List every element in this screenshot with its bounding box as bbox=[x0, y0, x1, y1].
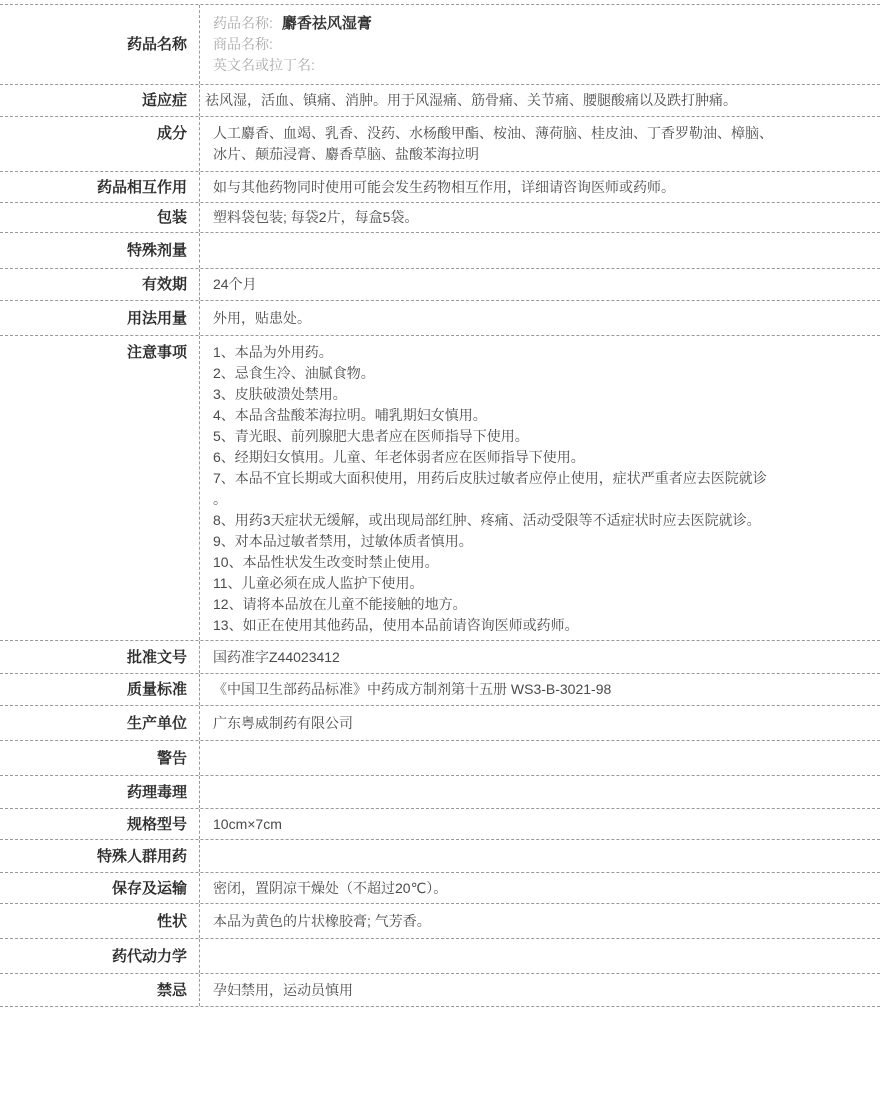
row-content: 外用，贴患处。 bbox=[200, 301, 880, 335]
row-drug-name: 药品名称 药品名称:麝香祛风湿膏 商品名称: 英文名或拉丁名: bbox=[0, 5, 880, 85]
row-content: 药品名称:麝香祛风湿膏 商品名称: 英文名或拉丁名: bbox=[200, 5, 880, 84]
trade-name-line: 商品名称: bbox=[213, 34, 372, 55]
row-label: 药理毒理 bbox=[0, 776, 200, 808]
row-content: 孕妇禁用，运动员慎用 bbox=[200, 974, 880, 1006]
row-validity-period: 有效期 24个月 bbox=[0, 269, 880, 301]
row-label: 生产单位 bbox=[0, 706, 200, 740]
row-content bbox=[200, 939, 880, 973]
row-special-populations: 特殊人群用药 bbox=[0, 840, 880, 873]
row-properties: 性状 本品为黄色的片状橡胶膏; 气芳香。 bbox=[0, 904, 880, 939]
row-precautions: 注意事项 1、本品为外用药。 2、忌食生冷、油腻食物。 3、皮肤破溃处禁用。 4… bbox=[0, 336, 880, 641]
row-storage-transport: 保存及运输 密闭，置阴凉干燥处（不超过20℃）。 bbox=[0, 873, 880, 904]
row-indications: 适应症 祛风湿，活血、镇痛、消肿。用于风湿痛、筋骨痛、关节痛、腰腿酸痛以及跌打肿… bbox=[0, 85, 880, 117]
row-content: 《中国卫生部药品标准》中药成方制剂第十五册 WS3-B-3021-98 bbox=[200, 674, 880, 705]
row-label: 禁忌 bbox=[0, 974, 200, 1006]
row-label: 批准文号 bbox=[0, 641, 200, 673]
row-label: 药代动力学 bbox=[0, 939, 200, 973]
row-content: 人工麝香、血竭、乳香、没药、水杨酸甲酯、桉油、薄荷脑、桂皮油、丁香罗勒油、樟脑、… bbox=[200, 117, 880, 171]
row-label: 用法用量 bbox=[0, 301, 200, 335]
row-interactions: 药品相互作用 如与其他药物同时使用可能会发生药物相互作用，详细请咨询医师或药师。 bbox=[0, 172, 880, 203]
row-content: 如与其他药物同时使用可能会发生药物相互作用，详细请咨询医师或药师。 bbox=[200, 172, 880, 202]
row-manufacturer: 生产单位 广东粤威制药有限公司 bbox=[0, 706, 880, 741]
row-warning: 警告 bbox=[0, 741, 880, 776]
row-label: 适应症 bbox=[0, 85, 200, 116]
trade-name-key: 商品名称: bbox=[213, 36, 273, 52]
row-special-dosage: 特殊剂量 bbox=[0, 233, 880, 269]
row-dosage-usage: 用法用量 外用，贴患处。 bbox=[0, 301, 880, 336]
row-content: 24个月 bbox=[200, 269, 880, 300]
row-packaging: 包装 塑料袋包装; 每袋2片，每盒5袋。 bbox=[0, 203, 880, 233]
row-content: 1、本品为外用药。 2、忌食生冷、油腻食物。 3、皮肤破溃处禁用。 4、本品含盐… bbox=[200, 336, 880, 640]
row-label: 药品名称 bbox=[0, 5, 200, 84]
row-label: 保存及运输 bbox=[0, 873, 200, 903]
row-ingredients: 成分 人工麝香、血竭、乳香、没药、水杨酸甲酯、桉油、薄荷脑、桂皮油、丁香罗勒油、… bbox=[0, 117, 880, 172]
row-label: 成分 bbox=[0, 117, 200, 171]
drug-name-line: 药品名称:麝香祛风湿膏 bbox=[213, 13, 372, 34]
row-specification: 规格型号 10cm×7cm bbox=[0, 809, 880, 840]
row-quality-standard: 质量标准 《中国卫生部药品标准》中药成方制剂第十五册 WS3-B-3021-98 bbox=[0, 674, 880, 706]
drug-name-value: 麝香祛风湿膏 bbox=[282, 15, 372, 32]
row-content: 密闭，置阴凉干燥处（不超过20℃）。 bbox=[200, 873, 880, 903]
drug-name-key: 药品名称: bbox=[213, 15, 273, 31]
drug-info-table: 药品名称 药品名称:麝香祛风湿膏 商品名称: 英文名或拉丁名: 适应症 祛风湿，… bbox=[0, 4, 880, 1007]
row-content: 国药准字Z44023412 bbox=[200, 641, 880, 673]
row-content bbox=[200, 776, 880, 808]
row-label: 规格型号 bbox=[0, 809, 200, 839]
row-label: 有效期 bbox=[0, 269, 200, 300]
row-label: 包装 bbox=[0, 203, 200, 232]
english-name-line: 英文名或拉丁名: bbox=[213, 55, 372, 76]
row-content: 10cm×7cm bbox=[200, 809, 880, 839]
row-label: 质量标准 bbox=[0, 674, 200, 705]
row-label: 药品相互作用 bbox=[0, 172, 200, 202]
row-content: 塑料袋包装; 每袋2片，每盒5袋。 bbox=[200, 203, 880, 232]
row-pharmacology-toxicology: 药理毒理 bbox=[0, 776, 880, 809]
row-content bbox=[200, 840, 880, 872]
row-content bbox=[200, 741, 880, 775]
drug-name-fields: 药品名称:麝香祛风湿膏 商品名称: 英文名或拉丁名: bbox=[213, 13, 372, 76]
row-label: 特殊剂量 bbox=[0, 233, 200, 268]
row-approval-number: 批准文号 国药准字Z44023412 bbox=[0, 641, 880, 674]
row-content: 祛风湿，活血、镇痛、消肿。用于风湿痛、筋骨痛、关节痛、腰腿酸痛以及跌打肿痛。 bbox=[200, 85, 880, 116]
row-content bbox=[200, 233, 880, 268]
row-pharmacokinetics: 药代动力学 bbox=[0, 939, 880, 974]
row-content: 广东粤威制药有限公司 bbox=[200, 706, 880, 740]
row-contraindications: 禁忌 孕妇禁用，运动员慎用 bbox=[0, 974, 880, 1007]
row-label: 警告 bbox=[0, 741, 200, 775]
row-label: 性状 bbox=[0, 904, 200, 938]
row-label: 特殊人群用药 bbox=[0, 840, 200, 872]
row-content: 本品为黄色的片状橡胶膏; 气芳香。 bbox=[200, 904, 880, 938]
english-name-key: 英文名或拉丁名: bbox=[213, 57, 315, 73]
row-label: 注意事项 bbox=[0, 336, 200, 640]
